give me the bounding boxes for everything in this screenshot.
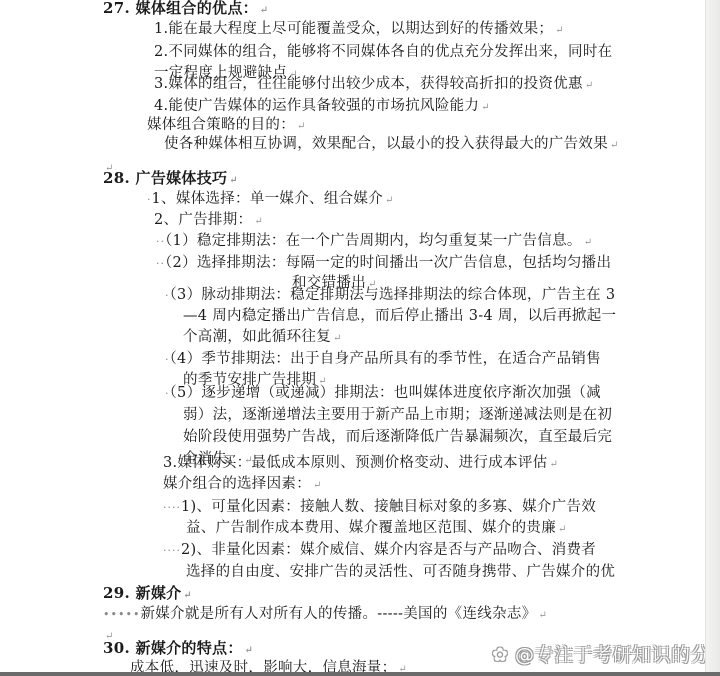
page-edge-bottom xyxy=(0,672,720,676)
s29-text: •••••新媒介就是所有人对所有人的传播。-----美国的《连线杂志》↵ xyxy=(103,604,547,626)
s28-sched-5: ·（5）逐步递增（或递减）排期法：也叫媒体进度依序渐次加强（减 xyxy=(165,383,601,404)
s28-sched-3-cont2: 个高潮，如此循环往复↵ xyxy=(183,327,342,349)
section-28-heading: 28. 广告媒体技巧↵ xyxy=(103,168,238,191)
s28-item-3: 3.媒体购买：最低成本原则、预测价格变动、进行成本评估↵ xyxy=(163,453,558,475)
s28-sched-4: ·（4）季节排期法：出于自身产品所具有的季节性，在适合产品销售 xyxy=(165,349,601,370)
s28-factor-1: ····1)、可量化因素：接触人数、接触目标对象的多寡、媒介广告效 xyxy=(163,497,596,518)
s27-item-2: 2.不同媒体的组合，能够将不同媒体各自的优点充分发挥出来，同时在 xyxy=(154,42,612,62)
s27-item-1: 1.能在最大程度上尽可能覆盖受众，以期达到好的传播效果；↵ xyxy=(154,19,564,41)
s28-sched-5-cont2: 始阶段使用强势广告战，而后逐渐降低广告暴漏频次，直至最后完 xyxy=(183,427,612,447)
watermark: ✿ @专注于考研知识的分享 xyxy=(492,640,720,667)
s27-item-3-text: 3.媒体的组合，往往能够付出较少成本，获得较高折扣的投资优惠↵ xyxy=(154,74,594,96)
s28-factor-2-cont1: 选择的自由度、安排广告的灵活性、可否随身携带、广告媒介的优 xyxy=(186,562,615,582)
s28-sched-3: ·（3）脉动排期法：稳定排期法与选择排期法的综合体现，广告主在 3 xyxy=(165,285,615,306)
s28-factors-label: 媒介组合的选择因素：↵ xyxy=(163,474,322,496)
section-29-heading: 29. 新媒介↵ xyxy=(103,583,192,606)
document-page: 27. 媒体组合的优点：↵ 1.能在最大程度上尽可能覆盖受众，以期达到好的传播效… xyxy=(0,0,706,672)
s28-sched-3-cont1: —4 周内稳定播出广告信息，而后停止播出 3-4 周，以后再掀起一 xyxy=(183,306,616,326)
s28-item-2: 2、广告排期：↵ xyxy=(154,210,263,232)
s28-sched-2: ··（2）选择排期法：每隔一定的时间播出一次广告信息，包括均匀播出 xyxy=(156,253,611,274)
page-edge-right xyxy=(705,0,720,676)
section-27-heading: 27. 媒体组合的优点：↵ xyxy=(103,0,269,21)
s28-factor-2: ····2)、非量化因素：媒介威信、媒介内容是否与产品吻合、消费者 xyxy=(163,540,596,561)
s28-item-1: ·1、媒体选择：单一媒介、组合媒介↵ xyxy=(147,189,394,211)
s27-purpose-text: 使各种媒体相互协调，效果配合，以最小的投入获得最大的广告效果↵ xyxy=(164,134,619,156)
s28-sched-1: ··（1）稳定排期法：在一个广告周期内，均匀重复某一广告信息。↵ xyxy=(156,231,592,253)
s28-factor-1-cont: 益、广告制作成本费用、媒介覆盖地区范围、媒介的贵廉↵ xyxy=(186,518,567,540)
s28-sched-5-cont1: 弱）法，逐渐递增法主要用于新产品上市期；逐渐递减法则是在初 xyxy=(183,405,612,425)
